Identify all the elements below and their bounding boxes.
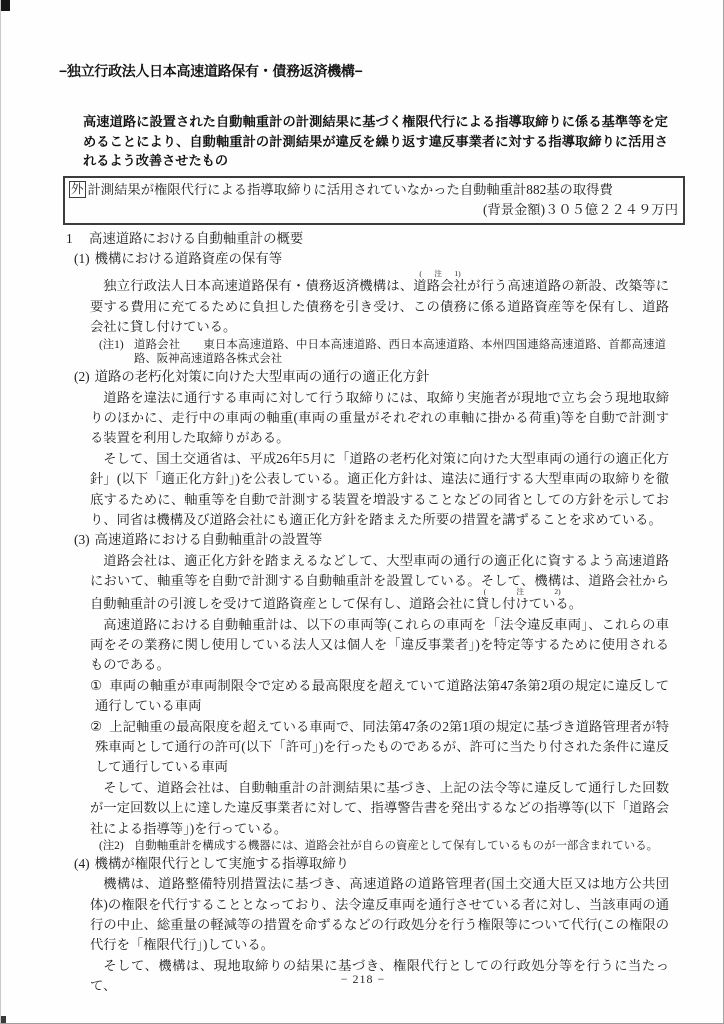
note2-reference-anchor: 貸し付けている(注2) bbox=[476, 596, 569, 611]
subsection-2-paragraph-2: そして、国土交通省は、平成26年5月に「道路の老朽化対策に向けた大型車両の通行の… bbox=[90, 449, 669, 531]
lead-summary-paragraph: 高速道路に設置された自動軸重計の計測結果に基づく権限代行による指導取締りに係る基… bbox=[83, 112, 668, 171]
subsection-4-paragraph-1: 機構は、道路整備特別措置法に基づき、高速道路の道路管理者(国土交通大臣又は地方公… bbox=[90, 874, 669, 956]
background-amount: (背景金額)３０５億２２４９万円 bbox=[69, 200, 678, 220]
subsection-2-title: 道路の老朽化対策に向けた大型車両の通行の適正化方針 bbox=[95, 369, 430, 384]
section-1-heading: 1 高速道路における自動軸重計の概要 bbox=[66, 229, 669, 249]
footnote-1-text: 道路会社 東日本高速道路、中日本高速道路、西日本高速道路、本州四国連絡高速道路、… bbox=[134, 338, 666, 368]
subsection-1-paragraph: 独立行政法人日本高速道路保有・債務返済機構は、道路会社(注1)が行う高速道路の新… bbox=[90, 269, 669, 337]
footnote-1: (注1) 道路会社 東日本高速道路、中日本高速道路、西日本高速道路、本州四国連絡… bbox=[99, 338, 669, 368]
scan-corner-mark-top-left bbox=[1, 0, 10, 11]
violation-item-2-text: 上記軸重の最高限度を超えている車両で、同法第47条の2第1項の規定に基づき道路管… bbox=[95, 719, 669, 775]
subsection-2-paragraph-1: 道路を違法に通行する車両に対して行う取締りには、取締り実施者が現地で立ち会う現地… bbox=[90, 388, 669, 449]
section-1-number: 1 bbox=[66, 229, 89, 249]
subsection-4-heading: (4)機構が権限代行として実施する指導取締り bbox=[74, 854, 669, 874]
footnote-1-label: (注1) bbox=[99, 338, 134, 368]
footnote-2-label: (注2) bbox=[99, 839, 134, 854]
subsection-3-paragraph-1: 道路会社は、適正化方針を踏まえるなどして、大型車両の通行の適正化に資するよう高速… bbox=[90, 551, 669, 615]
subsection-4-label: (4) bbox=[74, 856, 90, 871]
section-1-title: 高速道路における自動軸重計の概要 bbox=[89, 229, 303, 249]
note1-reference-anchor: 道路会社(注1) bbox=[413, 278, 467, 293]
subsection-1-label: (1) bbox=[74, 251, 90, 266]
subsection-3-heading: (3)高速道路における自動軸重計の設置等 bbox=[74, 530, 669, 550]
box-line-1: 外計測結果が権限代行による指導取締りに活用されていなかった自動軸重計882基の取… bbox=[69, 180, 678, 200]
violation-item-1-text: 車両の軸重が車両制限令で定める最高限度を超えていて道路法第47条第2項の規定に違… bbox=[95, 678, 669, 713]
subsection-4-title: 機構が権限代行として実施する指導取締り bbox=[95, 856, 349, 871]
text-segment: 道路会社 bbox=[413, 278, 467, 293]
circled-2-marker: ② bbox=[90, 719, 102, 734]
violation-item-1: ①車両の軸重が車両制限令で定める最高限度を超えていて道路法第47条第2項の規定に… bbox=[90, 676, 669, 717]
scan-corner-mark-bottom-left bbox=[1, 1016, 6, 1023]
scanned-document-page: −独立行政法人日本高速道路保有・債務返済機構− 高速道路に設置された自動軸重計の… bbox=[0, 0, 724, 1024]
text-segment: 独立行政法人日本高速道路保有・債務返済機構は、 bbox=[103, 278, 413, 293]
subsection-1-title: 機構における道路資産の保有等 bbox=[95, 251, 282, 266]
background-amount-box: 外計測結果が権限代行による指導取締りに活用されていなかった自動軸重計882基の取… bbox=[63, 176, 685, 225]
violation-item-2: ②上記軸重の最高限度を超えている車両で、同法第47条の2第1項の規定に基づき道路… bbox=[90, 717, 669, 778]
footnote-2-text: 自動軸重計を構成する機器には、道路会社が自らの資産として保有しているものが一部含… bbox=[134, 839, 666, 854]
box-body-text: 計測結果が権限代行による指導取締りに活用されていなかった自動軸重計882基の取得… bbox=[88, 182, 613, 197]
page-number: − 218 − bbox=[1, 972, 724, 987]
circled-1-marker: ① bbox=[90, 678, 102, 693]
gai-marker: 外 bbox=[69, 181, 86, 198]
footnote-2: (注2) 自動軸重計を構成する機器には、道路会社が自らの資産として保有しているも… bbox=[99, 839, 669, 854]
subsection-3-label: (3) bbox=[74, 532, 90, 547]
text-segment: 道路会社は、適正化方針を踏まえるなどして、大型車両の通行の適正化に資するよう高速… bbox=[90, 553, 669, 611]
subsection-2-label: (2) bbox=[74, 369, 90, 384]
text-segment: 。 bbox=[569, 596, 582, 611]
note1-superscript: (注1) bbox=[413, 269, 467, 278]
subsection-3-paragraph-3: そして、道路会社は、自動軸重計の計測結果に基づき、上記の法令等に違反して通行した… bbox=[90, 778, 669, 839]
note2-superscript: (注2) bbox=[476, 587, 569, 596]
subsection-1-heading: (1)機構における道路資産の保有等 bbox=[74, 249, 669, 269]
text-segment: 貸し付けている bbox=[476, 596, 569, 611]
subsection-3-paragraph-2: 高速道路における自動軸重計は、以下の車両等(これらの車両を「法令違反車両」、これ… bbox=[90, 615, 669, 676]
agency-title: −独立行政法人日本高速道路保有・債務返済機構− bbox=[59, 60, 669, 82]
page-content: −独立行政法人日本高速道路保有・債務返済機構− 高速道路に設置された自動軸重計の… bbox=[66, 60, 669, 997]
subsection-2-heading: (2)道路の老朽化対策に向けた大型車両の通行の適正化方針 bbox=[74, 367, 669, 387]
subsection-3-title: 高速道路における自動軸重計の設置等 bbox=[95, 532, 323, 547]
